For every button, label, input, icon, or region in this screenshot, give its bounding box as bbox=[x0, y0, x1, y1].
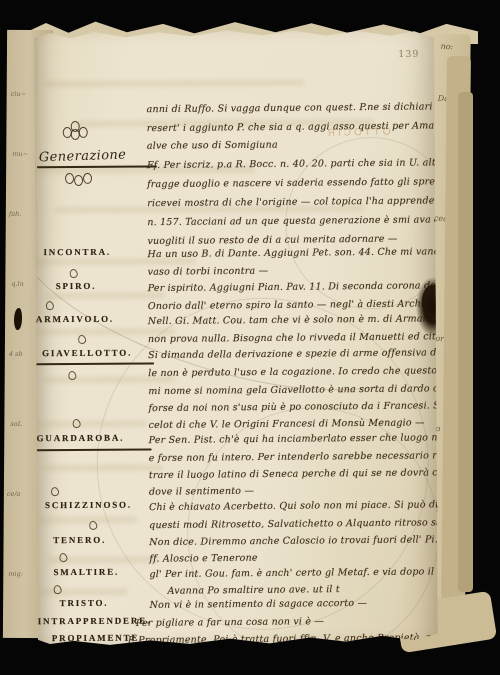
entry-line: ff. Aloscio e Tenerone bbox=[149, 553, 257, 565]
marginalia-fragment: mig: bbox=[8, 570, 23, 578]
entry-headword-armaivolo: ARMAIVOLO. bbox=[36, 314, 114, 324]
entry-line: mi nome si nomina gela Giavellotto è una… bbox=[148, 383, 480, 397]
entry-line: trare il luogo latino di Seneca perche d… bbox=[149, 467, 480, 481]
marginalia-fragment: mu~ bbox=[12, 150, 28, 158]
pen-loop-mark bbox=[50, 486, 60, 497]
page-stack-right-3 bbox=[458, 92, 473, 592]
entry-line: Avanna Po smaltire uno ave. ut il t bbox=[167, 584, 339, 597]
show-through-text: OTTOCIR bbox=[325, 126, 391, 139]
entry-line: alve che uso di Somigiuna bbox=[147, 140, 278, 152]
entry-headword-tristo: TRISTO. bbox=[60, 598, 109, 608]
entry-line: Si dimanda della derivazione e spezie di… bbox=[148, 347, 476, 361]
entry-line: Per pigliare a far una cosa non vi è — bbox=[136, 616, 324, 629]
marginalia-fragment: fah. bbox=[9, 210, 22, 218]
pen-loop-mark bbox=[72, 418, 82, 429]
edge-text-fragment: no: bbox=[440, 42, 453, 52]
entry-line: forse da noi non s'usa più è po conosciu… bbox=[148, 400, 479, 414]
bleed-through-streak bbox=[44, 80, 304, 88]
marginalia-fragment: ciu~ bbox=[11, 90, 26, 98]
marginalia-fragment: 4 sb bbox=[9, 350, 23, 358]
marginalia-fragment: ce/a bbox=[7, 490, 21, 498]
entry-headword-guardaroba: GUARDAROBA. bbox=[37, 433, 125, 444]
entry-line: Non vi è in sentimento di sagace accorto… bbox=[150, 598, 368, 611]
folio-number: 139 bbox=[398, 49, 419, 60]
pen-loop-mark bbox=[77, 334, 87, 345]
entry-line: vaso di torbi incontra — bbox=[148, 266, 269, 278]
entry-headword-schizzinoso: SCHIZZINOSO. bbox=[45, 500, 132, 511]
entry-headword-incontra: INCONTRA. bbox=[43, 247, 111, 257]
entry-headword-smaltire: SMALTIRE. bbox=[53, 567, 119, 577]
marginalia-fragment: soL bbox=[10, 420, 22, 428]
entry-headword-generazione: Generazione bbox=[39, 148, 127, 166]
bleed-through-streak bbox=[38, 589, 128, 596]
entry-headword-giavellotto: GIAVELLOTTO. bbox=[42, 348, 132, 359]
entry-line: E Propriamente. Poi è tratta fuori ffin.… bbox=[128, 632, 441, 646]
entry-headword-tenero: TENERO. bbox=[53, 535, 106, 545]
entry-line: dove il sentimento — bbox=[149, 486, 254, 498]
manuscript-photo: ciu~ mu~ fah. q.ln 4 sb soL ce/a mig: no… bbox=[0, 0, 500, 675]
entry-headword-spiro: SPIRO. bbox=[56, 281, 97, 291]
marginalia-fragment: q.ln bbox=[11, 280, 24, 288]
manuscript-page: 139 anni di Ruffo. Si vagga dunque con q… bbox=[34, 27, 438, 647]
pen-loop-mark bbox=[45, 300, 55, 311]
entry-headword-intrapprendere: INTRAPPRENDERE. bbox=[38, 616, 151, 627]
